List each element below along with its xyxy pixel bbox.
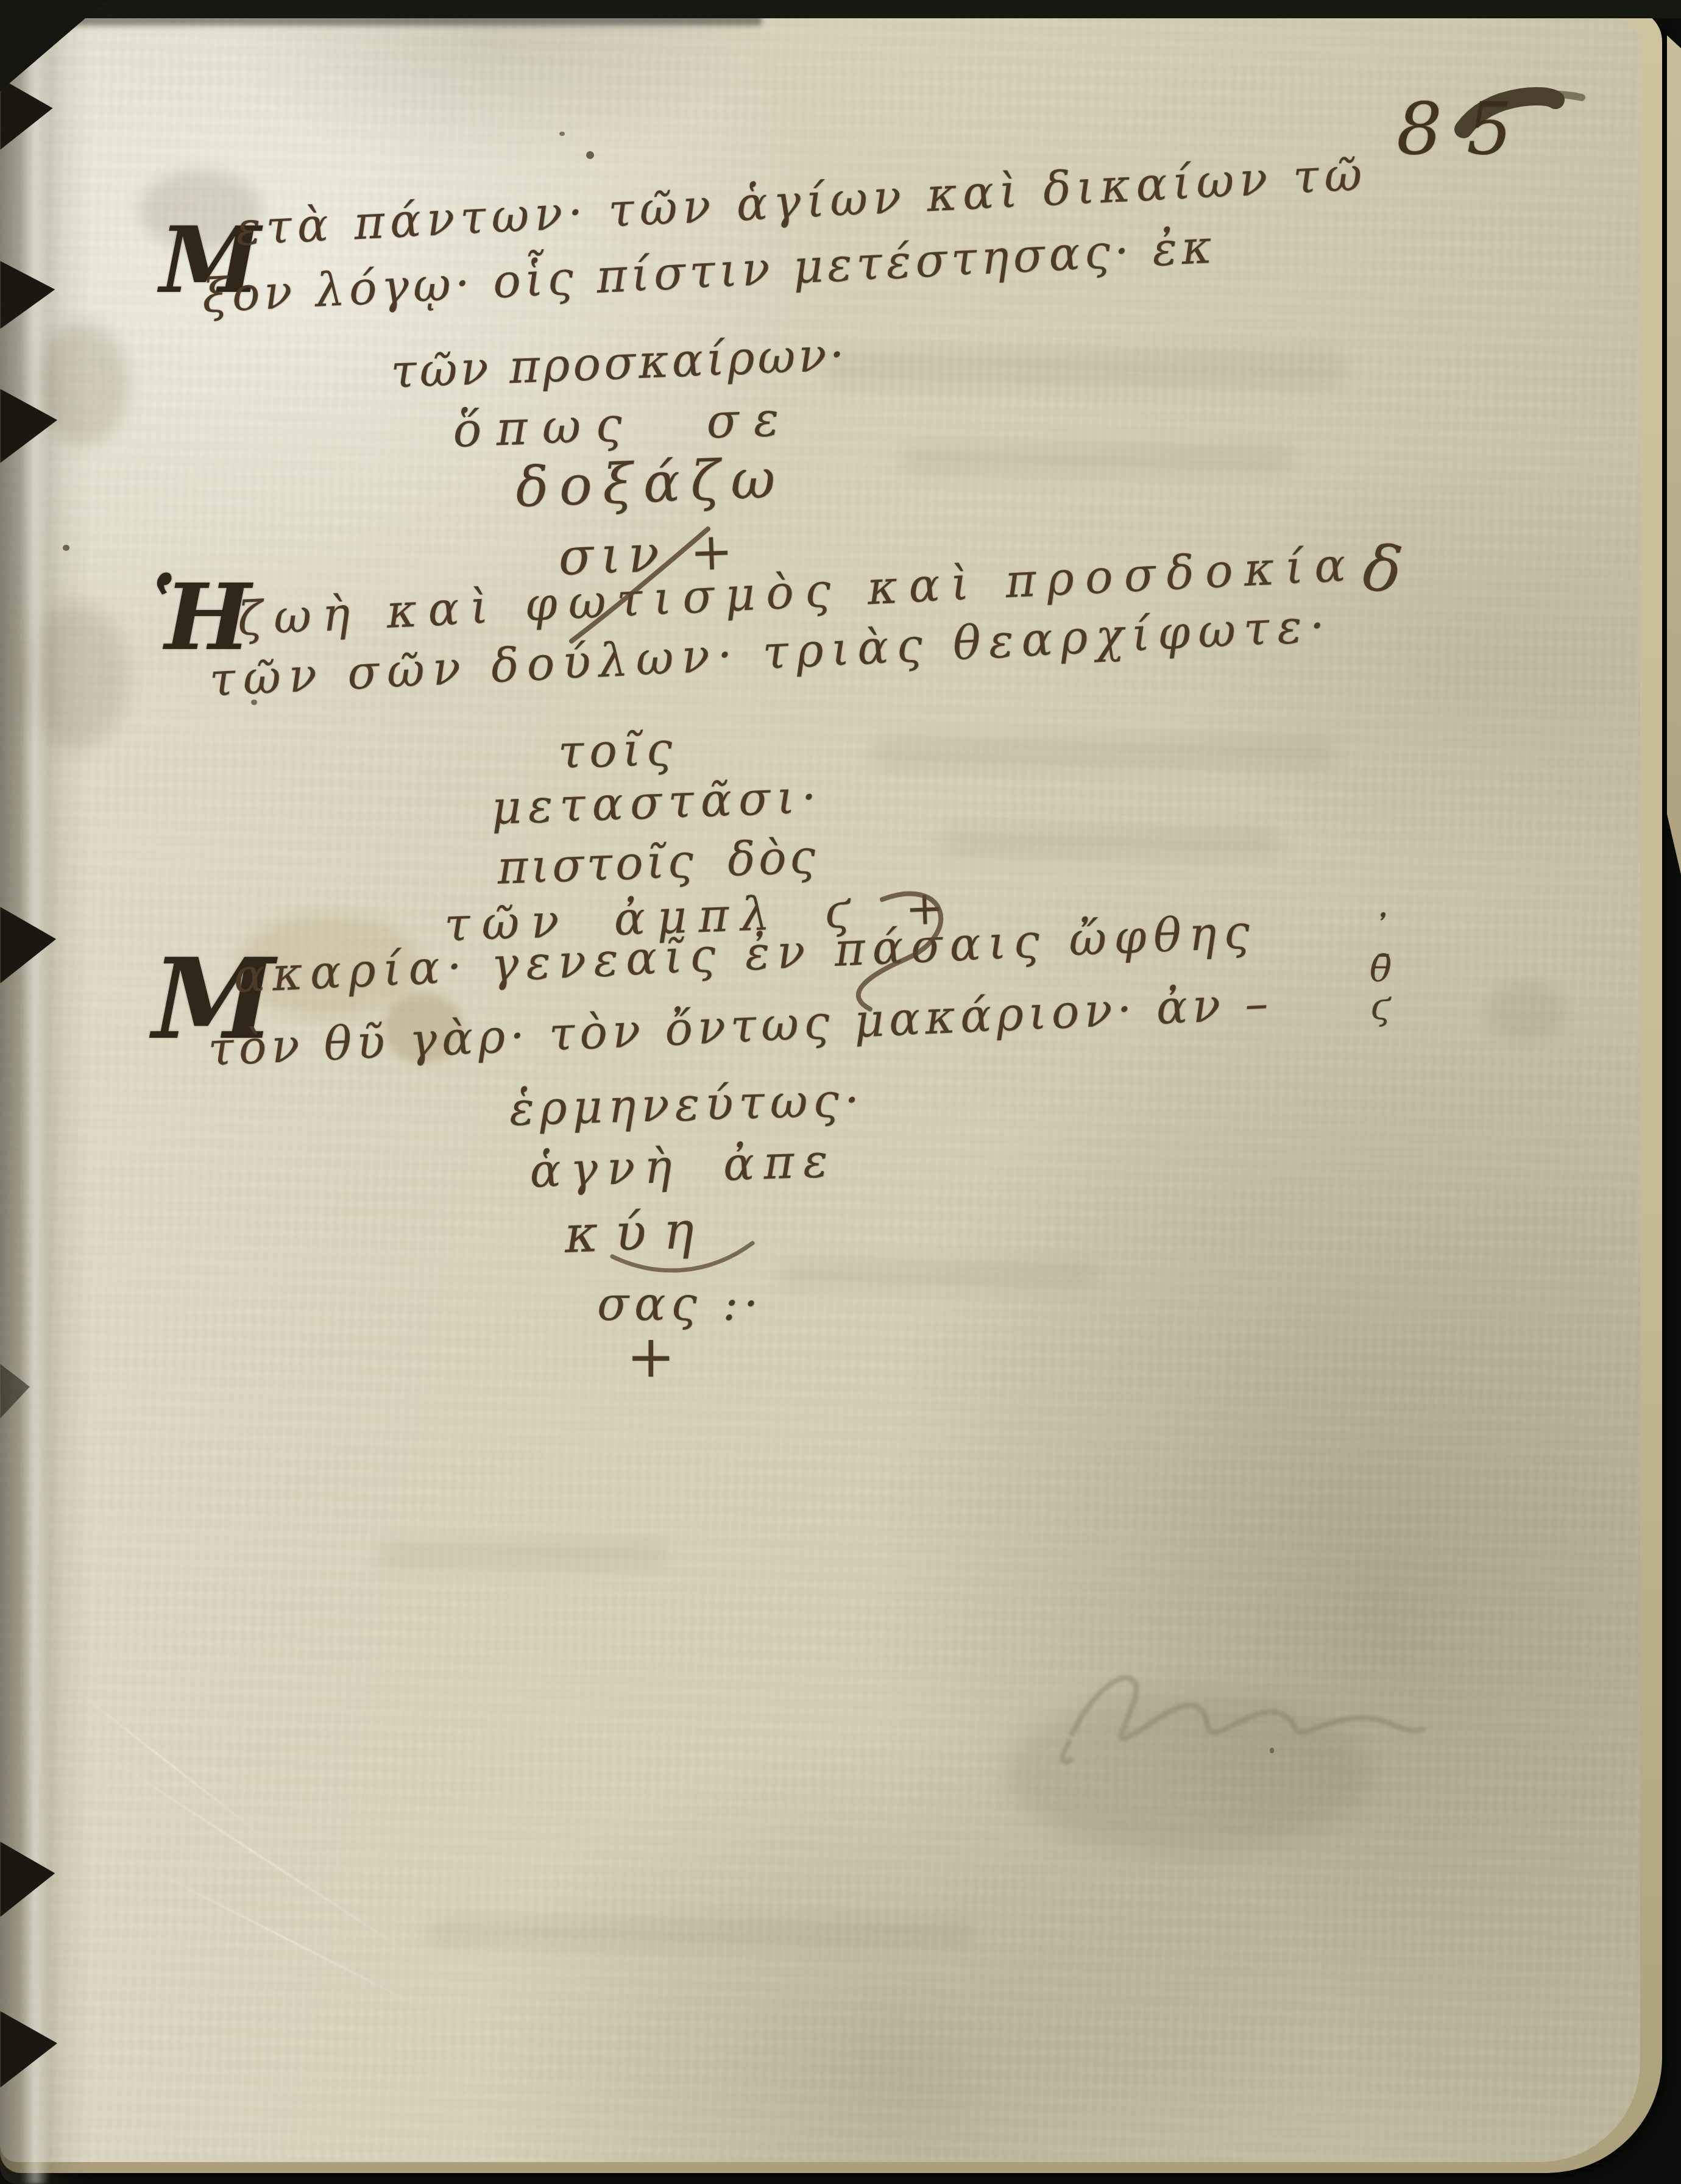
manuscript-line-11: πιστοῖς δὸς bbox=[497, 834, 819, 891]
manuscript-line-16: ἁγνὴ ἀπε bbox=[529, 1137, 838, 1194]
initial-letter-eta: Ἡ bbox=[151, 572, 251, 663]
scratch-line bbox=[64, 1681, 272, 1843]
ink-dot bbox=[586, 151, 594, 159]
text-show-through bbox=[780, 1261, 1097, 1288]
manuscript-line-15: ἑρμηνεύτως· bbox=[509, 1077, 865, 1132]
stain bbox=[1487, 981, 1566, 1042]
text-show-through bbox=[426, 1920, 975, 1947]
manuscript-line-10: μεταστᾶσι· bbox=[490, 773, 824, 831]
text-show-through bbox=[902, 445, 1292, 474]
scratch-line bbox=[97, 1750, 415, 1957]
text-show-through bbox=[871, 737, 1334, 769]
manuscript-line-19: + bbox=[626, 1327, 675, 1386]
manuscript-photo: 85 Μ ετὰ πάντων· τῶν ἁγίων καὶ δικαίων τ… bbox=[0, 0, 1681, 2184]
manuscript-line-18: σας :· bbox=[597, 1281, 764, 1327]
manuscript-line-4: ὅπως σε bbox=[452, 395, 794, 454]
manuscript-line-9: τοῖς bbox=[557, 726, 678, 775]
manuscript-line-17: κύη bbox=[564, 1204, 712, 1260]
text-show-through bbox=[378, 1542, 664, 1569]
quire-mark-delta: δ bbox=[1360, 536, 1406, 603]
ink-dot bbox=[1270, 1748, 1274, 1753]
text-show-through bbox=[823, 350, 1347, 387]
adjacent-page-edge bbox=[1667, 35, 1681, 901]
book-top-edge-shadow bbox=[0, 16, 762, 26]
text-show-through bbox=[938, 829, 1279, 857]
ink-dot bbox=[559, 132, 565, 136]
manuscript-line-5: δοξάζω bbox=[515, 452, 787, 516]
nomen-sacrum-mark: ᾽ θ̄ ϛ bbox=[1370, 912, 1392, 1027]
folio-number: 85 bbox=[1396, 93, 1537, 165]
stain bbox=[1005, 1694, 1371, 1852]
